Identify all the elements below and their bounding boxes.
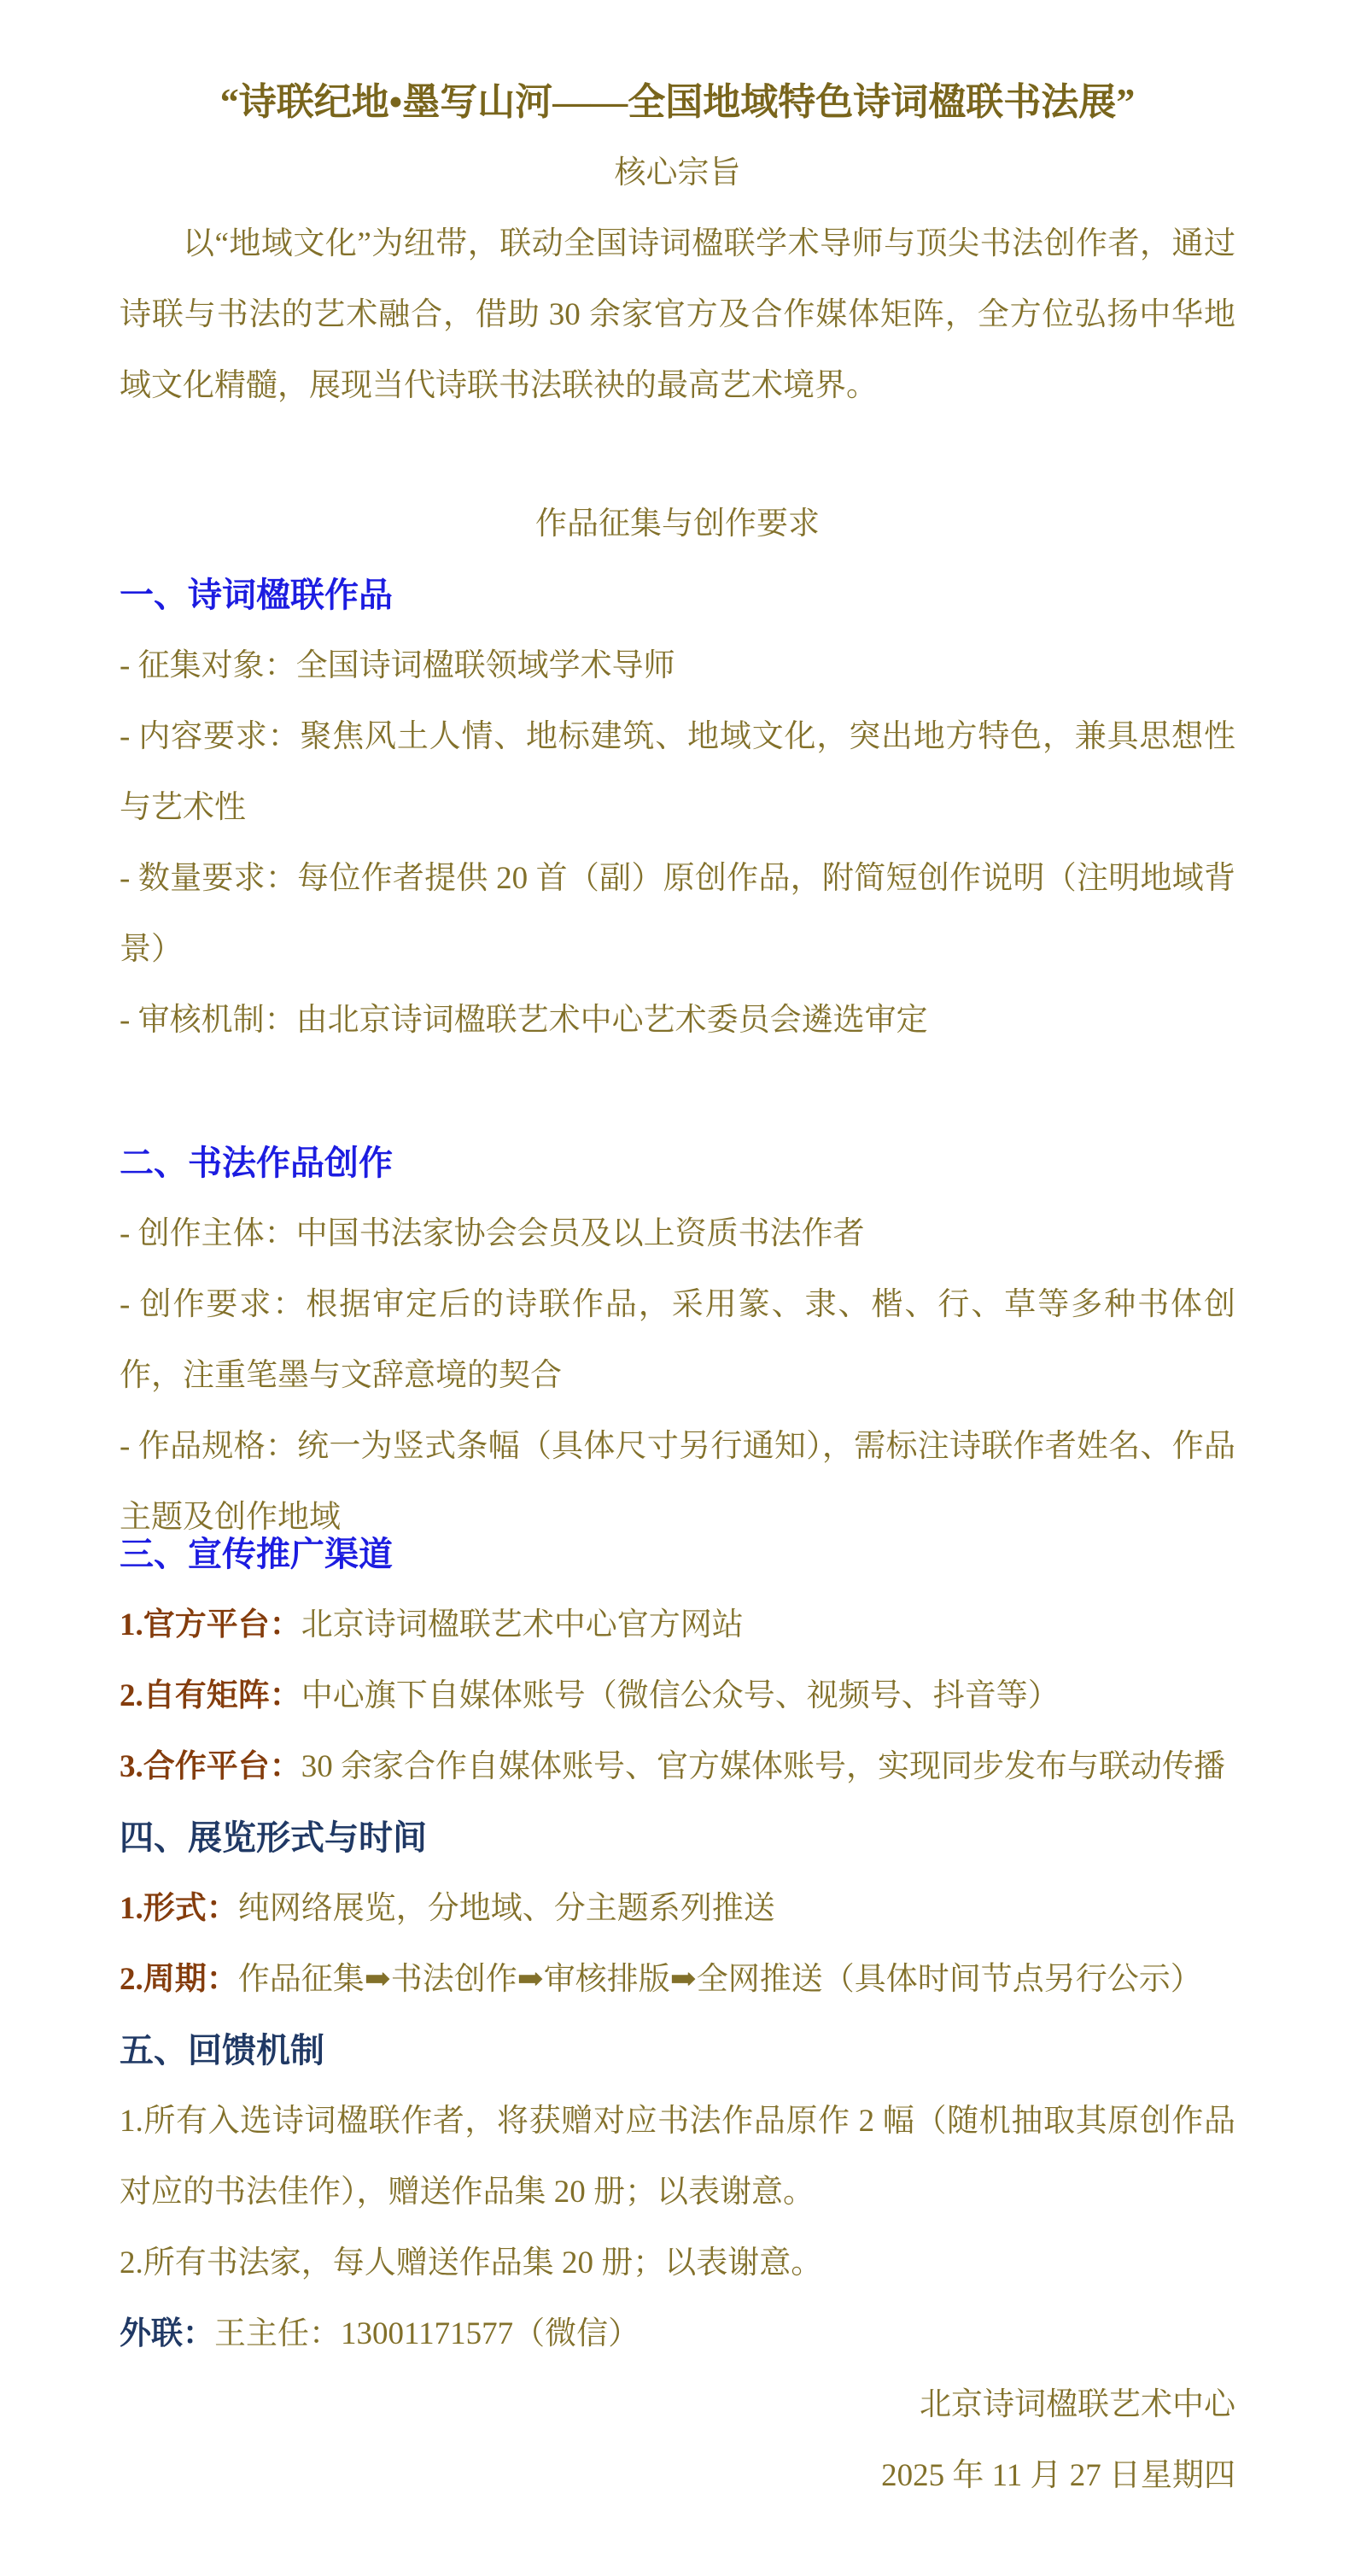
section-2-item-creation-requirement: - 创作要求：根据审定后的诗联作品，采用篆、隶、楷、行、草等多种书体创作，注重笔… <box>120 1269 1235 1411</box>
section-3-item-own-matrix-label: 2.自有矩阵： <box>120 1678 301 1713</box>
section-4-item-cycle-text: 作品征集➡书法创作➡审核排版➡全网推送（具体时间节点另行公示） <box>238 1962 1202 1997</box>
footer-date: 2025 年 11 月 27 日星期四 <box>120 2440 1235 2511</box>
section-3-item-partner-platform-label: 3.合作平台： <box>120 1749 301 1784</box>
section-5-item-calligraphers-reward: 2.所有书法家，每人赠送作品集 20 册；以表谢意。 <box>120 2228 1235 2298</box>
section-4-item-cycle: 2.周期：作品征集➡书法创作➡审核排版➡全网推送（具体时间节点另行公示） <box>120 1944 1235 2015</box>
section-3-item-official-platform-text: 北京诗词楹联艺术中心官方网站 <box>301 1607 744 1642</box>
section-3-item-official-platform-label: 1.官方平台： <box>120 1607 301 1642</box>
section-4-item-format-text: 纯网络展览，分地域、分主题系列推送 <box>238 1891 775 1926</box>
section-1-item-content-requirement: - 内容要求：聚焦风土人情、地标建筑、地域文化，突出地方特色，兼具思想性与艺术性 <box>120 701 1235 843</box>
section-5-header: 五、回馈机制 <box>120 2015 1235 2086</box>
section-1-item-review-mechanism: - 审核机制：由北京诗词楹联艺术中心艺术委员会遴选审定 <box>120 985 1235 1056</box>
section-1-header: 一、诗词楹联作品 <box>120 559 1235 630</box>
section-4-item-format: 1.形式：纯网络展览，分地域、分主题系列推送 <box>120 1873 1235 1944</box>
section-4-item-cycle-label: 2.周期： <box>120 1962 238 1997</box>
section-3-item-own-matrix: 2.自有矩阵：中心旗下自媒体账号（微信公众号、视频号、抖音等） <box>120 1660 1235 1731</box>
document-page: “诗联纪地•墨写山河——全国地域特色诗词楹联书法展” 核心宗旨 以“地域文化”为… <box>0 0 1355 2511</box>
core-purpose-heading: 核心宗旨 <box>120 138 1235 208</box>
section-3-item-partner-platform-text: 30 余家合作自媒体账号、官方媒体账号，实现同步发布与联动传播 <box>301 1749 1225 1784</box>
section-3-item-official-platform: 1.官方平台：北京诗词楹联艺术中心官方网站 <box>120 1590 1235 1660</box>
section-3-item-partner-platform: 3.合作平台：30 余家合作自媒体账号、官方媒体账号，实现同步发布与联动传播 <box>120 1731 1235 1802</box>
contact-line: 外联：王主任：13001171577（微信） <box>120 2298 1235 2369</box>
section-5-item-poets-reward: 1.所有入选诗词楹联作者，将获赠对应书法作品原作 2 幅（随机抽取其原创作品对应… <box>120 2086 1235 2228</box>
section-1-item-collection-target: - 征集对象：全国诗词楹联领域学术导师 <box>120 630 1235 701</box>
contact-phone: 王主任：13001171577（微信） <box>214 2316 640 2351</box>
contact-label: 外联： <box>120 2316 214 2351</box>
section-3-header: 三、宣传推广渠道 <box>120 1519 1235 1590</box>
section-2-item-creators: - 创作主体：中国书法家协会会员及以上资质书法作者 <box>120 1198 1235 1269</box>
requirements-heading: 作品征集与创作要求 <box>120 489 1235 559</box>
footer-organization: 北京诗词楹联艺术中心 <box>120 2369 1235 2440</box>
section-3-item-own-matrix-text: 中心旗下自媒体账号（微信公众号、视频号、抖音等） <box>301 1678 1060 1713</box>
intro-paragraph: 以“地域文化”为纽带，联动全国诗词楹联学术导师与顶尖书法创作者，通过诗联与书法的… <box>120 208 1235 421</box>
section-1-item-quantity-requirement: - 数量要求：每位作者提供 20 首（副）原创作品，附简短创作说明（注明地域背景… <box>120 843 1235 985</box>
section-4-item-format-label: 1.形式： <box>120 1891 238 1926</box>
section-2-header: 二、书法作品创作 <box>120 1127 1235 1198</box>
section-4-header: 四、展览形式与时间 <box>120 1802 1235 1873</box>
document-title: “诗联纪地•墨写山河——全国地域特色诗词楹联书法展” <box>120 67 1235 138</box>
